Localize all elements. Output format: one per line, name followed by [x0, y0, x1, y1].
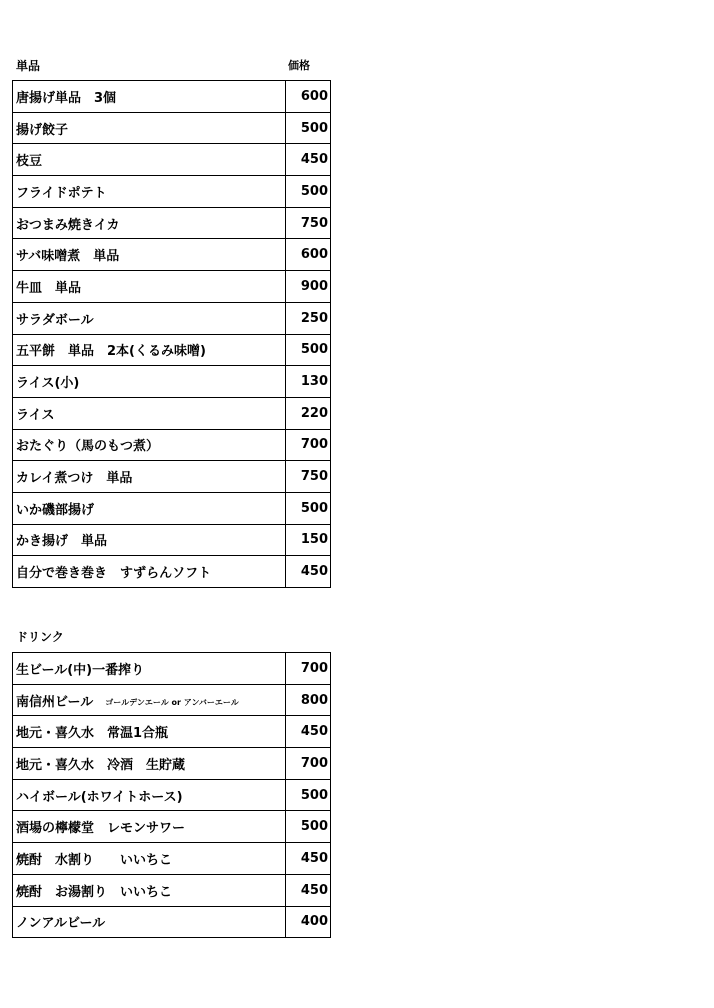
food-row: フライドポテト500	[13, 176, 331, 208]
food-row: 五平餅 単品 2本(くるみ味噌)500	[13, 334, 331, 366]
item-name: 生ビール(中)一番搾り	[16, 663, 144, 678]
item-price: 400	[286, 906, 331, 938]
item-price: 800	[286, 684, 331, 716]
drink-row: 焼酎 お湯割り いいちこ450	[13, 874, 331, 906]
drink-row: 地元・喜久水 常温1合瓶450	[13, 716, 331, 748]
item-name: ハイボール(ホワイトホース)	[16, 790, 183, 805]
item-name-cell: 酒場の檸檬堂 レモンサワー	[13, 811, 286, 843]
item-price: 450	[286, 716, 331, 748]
item-name-cell: ライス	[13, 397, 286, 429]
item-name-cell: 五平餅 単品 2本(くるみ味噌)	[13, 334, 286, 366]
item-name: カレイ煮つけ 単品	[16, 471, 132, 486]
item-name: 自分で巻き巻き すずらんソフト	[16, 566, 211, 581]
drink-row: 焼酎 水割り いいちこ450	[13, 843, 331, 875]
food-row: サバ味噌煮 単品600	[13, 239, 331, 271]
item-price: 500	[286, 112, 331, 144]
food-row: 枝豆450	[13, 144, 331, 176]
item-name: 揚げ餃子	[16, 123, 68, 138]
drink-row: 地元・喜久水 冷酒 生貯蔵700	[13, 748, 331, 780]
item-name-cell: 焼酎 水割り いいちこ	[13, 843, 286, 875]
food-row: ライス220	[13, 397, 331, 429]
item-price: 130	[286, 366, 331, 398]
item-name-cell: サラダボール	[13, 302, 286, 334]
drink-row: ノンアルビール400	[13, 906, 331, 938]
food-row: おつまみ焼きイカ750	[13, 207, 331, 239]
item-name: 焼酎 水割り いいちこ	[16, 853, 172, 868]
item-price: 220	[286, 397, 331, 429]
item-name-cell: 焼酎 お湯割り いいちこ	[13, 874, 286, 906]
item-name-cell: サバ味噌煮 単品	[13, 239, 286, 271]
item-name-cell: 生ビール(中)一番搾り	[13, 653, 286, 685]
item-name-cell: 地元・喜久水 冷酒 生貯蔵	[13, 748, 286, 780]
item-name: 地元・喜久水 冷酒 生貯蔵	[16, 758, 185, 773]
item-name-cell: 南信州ビールゴールデンエール or アンバーエール	[13, 684, 286, 716]
food-row: かき揚げ 単品150	[13, 524, 331, 556]
item-name-cell: かき揚げ 単品	[13, 524, 286, 556]
item-name-cell: 地元・喜久水 常温1合瓶	[13, 716, 286, 748]
item-price: 450	[286, 874, 331, 906]
item-name: ライス(小)	[16, 376, 79, 391]
item-price: 450	[286, 843, 331, 875]
item-price: 500	[286, 176, 331, 208]
item-price: 500	[286, 811, 331, 843]
item-name-cell: 牛皿 単品	[13, 271, 286, 303]
food-row: サラダボール250	[13, 302, 331, 334]
item-price: 500	[286, 334, 331, 366]
item-price: 150	[286, 524, 331, 556]
item-name-cell: ノンアルビール	[13, 906, 286, 938]
drink-menu-table: 生ビール(中)一番搾り700南信州ビールゴールデンエール or アンバーエール8…	[12, 652, 331, 938]
item-price: 700	[286, 748, 331, 780]
item-name: ノンアルビール	[16, 916, 105, 931]
item-name-cell: ハイボール(ホワイトホース)	[13, 779, 286, 811]
drink-row: 南信州ビールゴールデンエール or アンバーエール800	[13, 684, 331, 716]
food-menu-table: 唐揚げ単品 3個600揚げ餃子500枝豆450フライドポテト500おつまみ焼きイ…	[12, 80, 331, 588]
item-name: 酒場の檸檬堂 レモンサワー	[16, 821, 185, 836]
item-name-cell: いか磯部揚げ	[13, 492, 286, 524]
food-section-header: 単品	[16, 57, 40, 74]
item-price: 750	[286, 461, 331, 493]
item-name: 五平餅 単品 2本(くるみ味噌)	[16, 344, 206, 359]
item-name: フライドポテト	[16, 186, 107, 201]
item-name: 枝豆	[16, 154, 42, 169]
item-name-cell: 枝豆	[13, 144, 286, 176]
item-name-cell: おつまみ焼きイカ	[13, 207, 286, 239]
item-name-cell: カレイ煮つけ 単品	[13, 461, 286, 493]
item-price: 500	[286, 779, 331, 811]
item-price: 700	[286, 429, 331, 461]
item-name: 地元・喜久水 常温1合瓶	[16, 726, 168, 741]
item-name: サバ味噌煮 単品	[16, 249, 119, 264]
food-row: いか磯部揚げ500	[13, 492, 331, 524]
item-price: 250	[286, 302, 331, 334]
food-row: 唐揚げ単品 3個600	[13, 81, 331, 113]
item-price: 500	[286, 492, 331, 524]
item-name: かき揚げ 単品	[16, 534, 107, 549]
item-name-cell: 自分で巻き巻き すずらんソフト	[13, 556, 286, 588]
item-name-cell: 唐揚げ単品 3個	[13, 81, 286, 113]
item-name-cell: 揚げ餃子	[13, 112, 286, 144]
food-row: 牛皿 単品900	[13, 271, 331, 303]
item-price: 900	[286, 271, 331, 303]
food-row: おたぐり（馬のもつ煮）700	[13, 429, 331, 461]
item-name-cell: フライドポテト	[13, 176, 286, 208]
item-name: おたぐり（馬のもつ煮）	[16, 439, 159, 454]
food-row: 自分で巻き巻き すずらんソフト450	[13, 556, 331, 588]
item-name: 牛皿 単品	[16, 281, 81, 296]
item-name: 焼酎 お湯割り いいちこ	[16, 885, 172, 900]
food-row: ライス(小)130	[13, 366, 331, 398]
item-name: おつまみ焼きイカ	[16, 218, 119, 233]
item-name: 南信州ビール	[16, 695, 93, 710]
item-name: ライス	[16, 408, 54, 423]
food-row: 揚げ餃子500	[13, 112, 331, 144]
item-name-cell: ライス(小)	[13, 366, 286, 398]
item-price: 750	[286, 207, 331, 239]
item-price: 600	[286, 81, 331, 113]
item-name: いか磯部揚げ	[16, 503, 94, 518]
food-row: カレイ煮つけ 単品750	[13, 461, 331, 493]
item-name: 唐揚げ単品 3個	[16, 91, 116, 106]
item-price: 700	[286, 653, 331, 685]
item-price: 450	[286, 556, 331, 588]
item-price: 600	[286, 239, 331, 271]
item-note: ゴールデンエール or アンバーエール	[105, 698, 239, 707]
item-name: サラダボール	[16, 313, 94, 328]
price-column-header: 価格	[288, 57, 310, 73]
item-price: 450	[286, 144, 331, 176]
drink-row: ハイボール(ホワイトホース)500	[13, 779, 331, 811]
drink-section-header: ドリンク	[16, 628, 64, 645]
drink-row: 酒場の檸檬堂 レモンサワー500	[13, 811, 331, 843]
item-name-cell: おたぐり（馬のもつ煮）	[13, 429, 286, 461]
drink-row: 生ビール(中)一番搾り700	[13, 653, 331, 685]
